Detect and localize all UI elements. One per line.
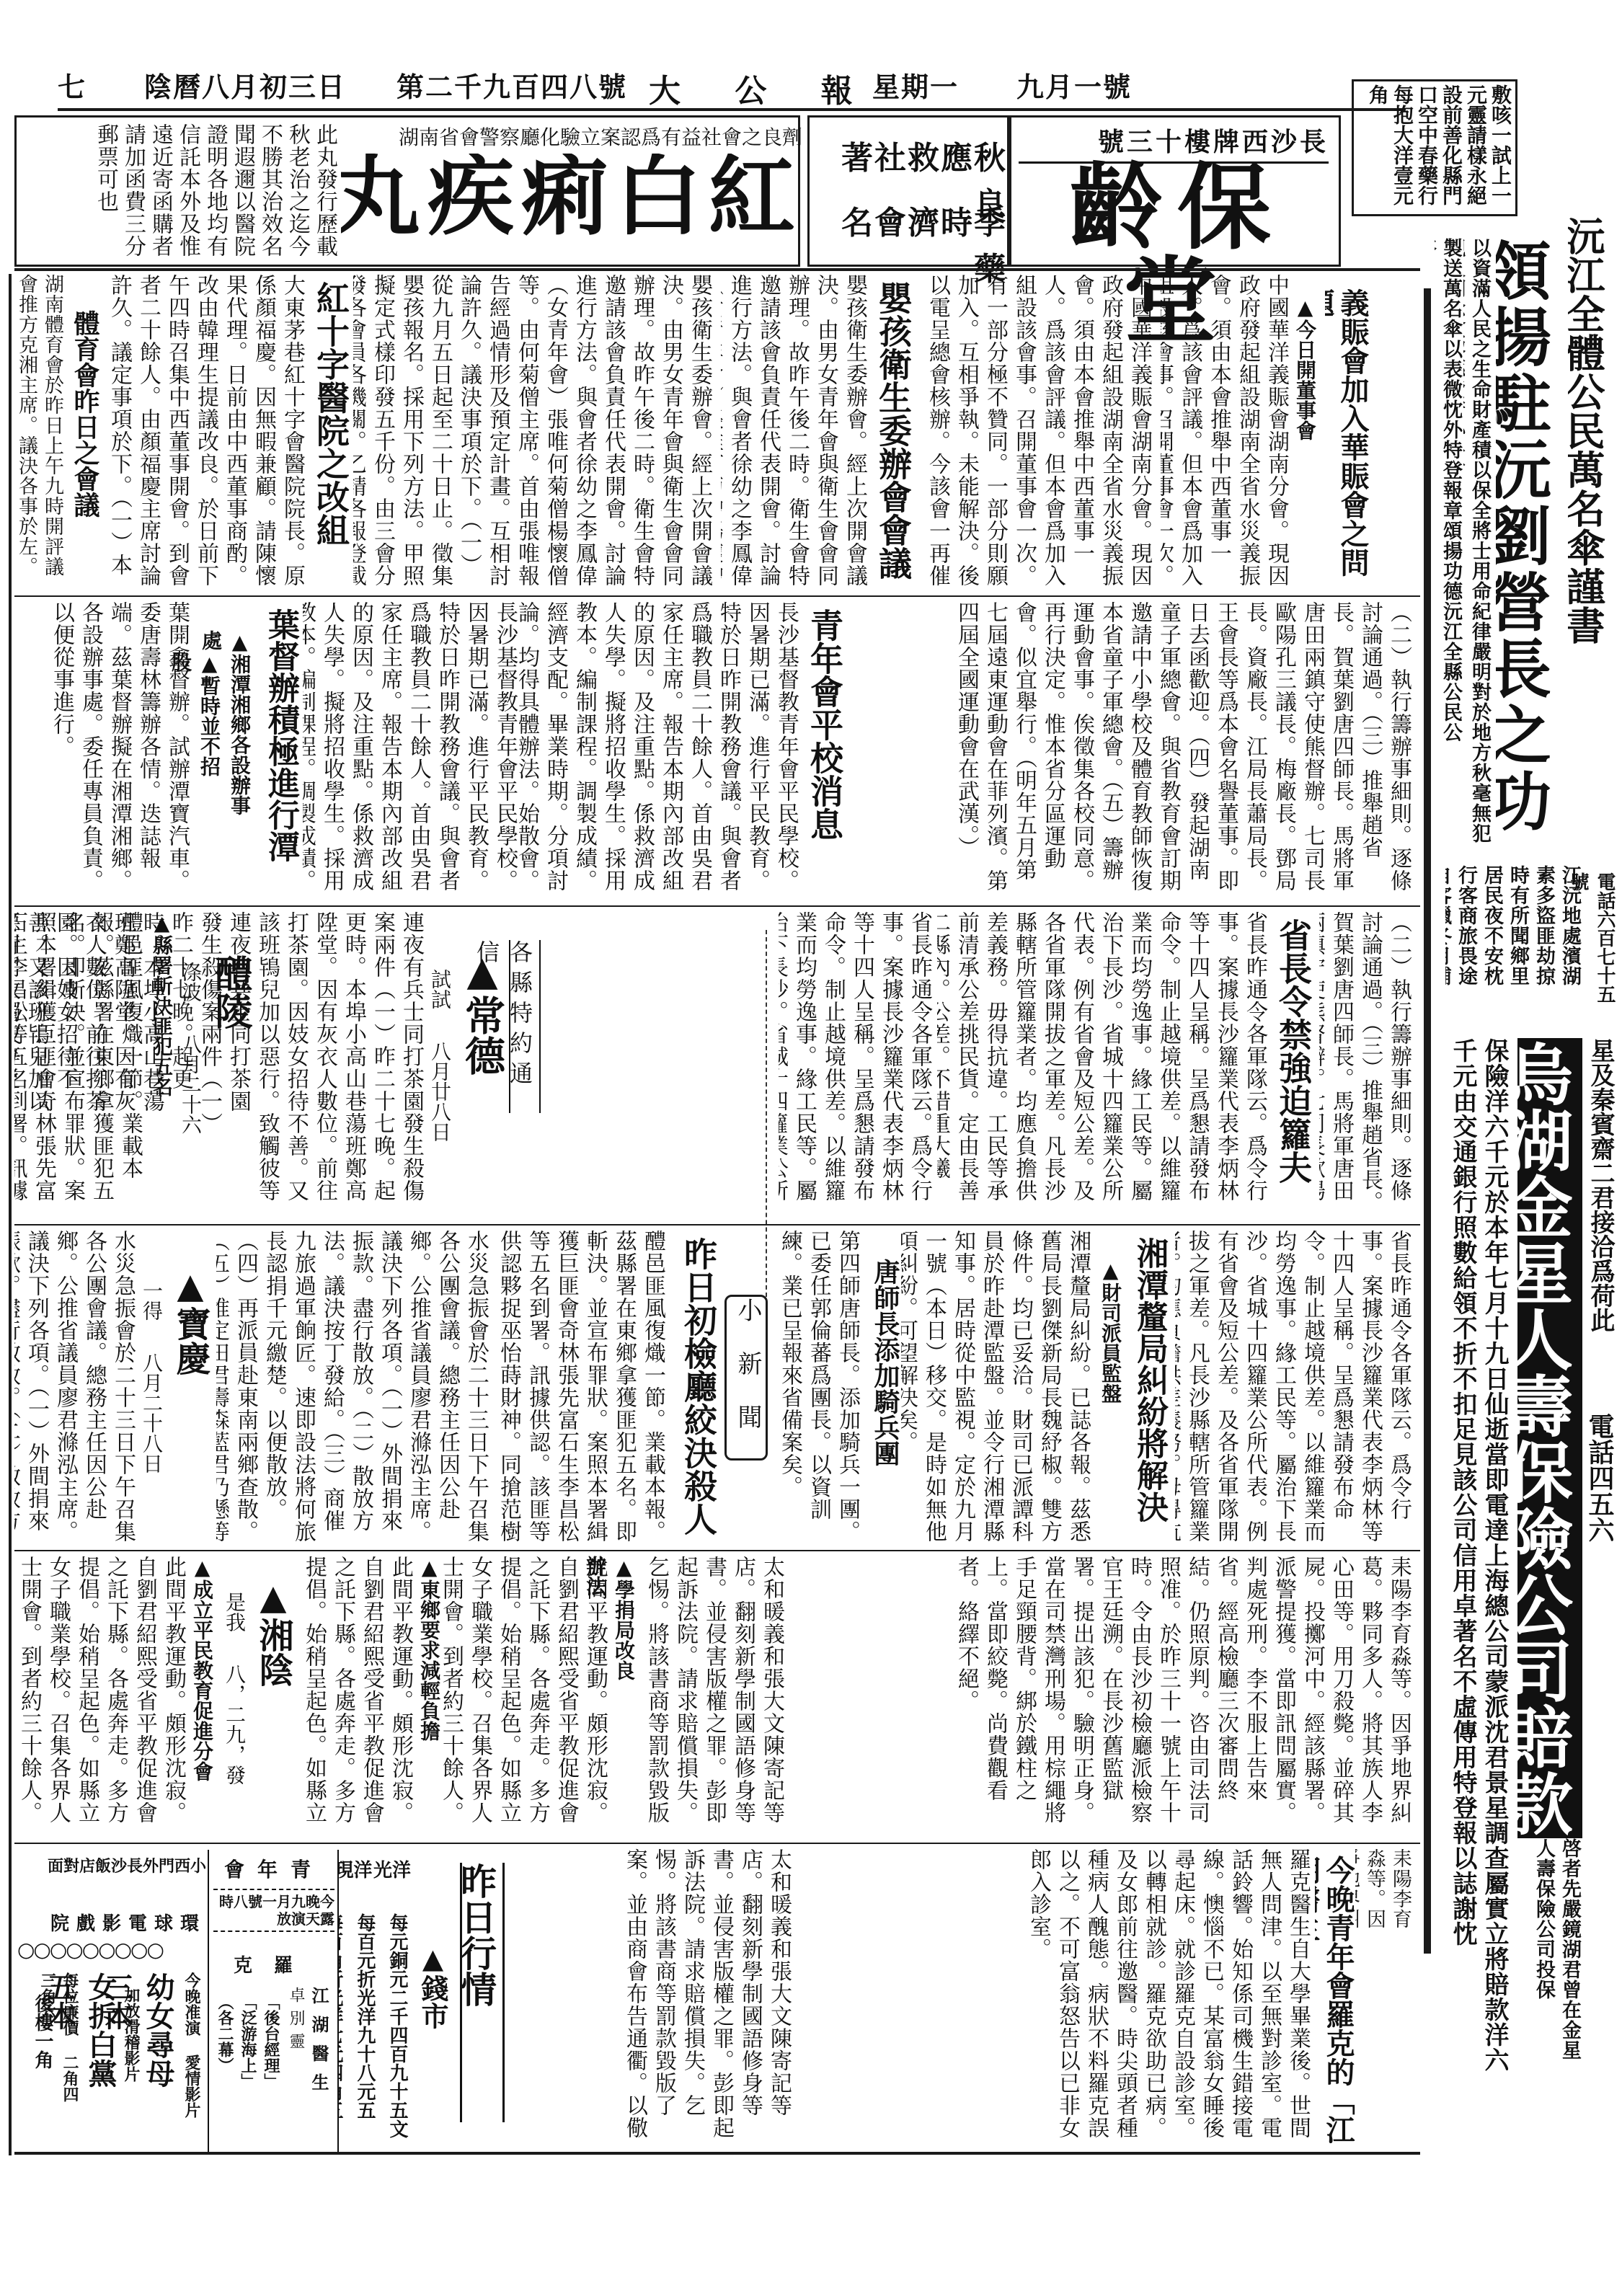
article-changde-place: ▲常德 [460, 947, 505, 1091]
article-sports-title: 體育會昨日之會議 [65, 310, 101, 562]
article-xiangyin-sub2: ▲東鄉要求減輕負擔 [415, 1556, 443, 1743]
article-xiangtan-sub: ▲財司派員監盤 [1096, 1259, 1125, 1417]
article-redcross-body: 大東茅巷紅十字會醫院院長。原係顏福慶。因無暇兼顧。請陳懷果代理。日前由中西董事商… [105, 274, 306, 591]
ad-tribute-side-title: 沅江全體公民萬名傘謹書 [1568, 216, 1611, 865]
ad-insurance-title: 烏湖金星人壽保險公司賠款 [1517, 1038, 1582, 1838]
article-xiangyin-place: ▲湘陰 [251, 1577, 296, 1693]
ad-tribute-heading: 領揚駐沅劉營長之功德 [1496, 238, 1561, 865]
article-infant: 中國華洋義賑會湖南分會。現因政府發起組設湖南全省水災義振會。須由本會推舉中西董事… [721, 274, 1153, 591]
article-governor-body: 省長昨通令各軍隊云。爲令行事。案據長沙籮業代表李炳林等十四人呈稱。呈爲懇請發布命… [937, 911, 1269, 1221]
article-yedu: 長沙基督教青年會平民學校。因暑期已滿。進行平民教育。特於日昨開教務會議。與會者爲… [14, 601, 519, 897]
paper-name: 大 公 報 [649, 65, 874, 111]
article-youth-title: 青年會平校消息 [802, 608, 847, 890]
ad-ymca-sub2: 「後台經理」 [262, 1994, 283, 2138]
ad-cinema-circles: ○○○○○○○○○ [17, 1938, 206, 1962]
ad-cinema-price2: 後樓一角 [35, 1994, 56, 2095]
ad-cinema-price: 每位廉價 二角四 三角六 [60, 1972, 81, 2117]
ad-ymca-sub3: 「泛游海上」 [239, 1994, 260, 2138]
rule-row1-top [14, 268, 1420, 271]
ad-tribute-phone: 電話六百七十五號 [1590, 872, 1618, 1009]
article-xiangyin-body3: 此間平教運動。頗形沈寂。自劉君紹熙受省平教促進會之託下縣。各處奔走。多方提倡。始… [14, 1556, 187, 1844]
market-section: ▲錢市 [414, 1942, 447, 2072]
ad-cinema-film2: 加放滑稽影片 [123, 1987, 143, 2131]
article-liling-place: 醴陵 [208, 954, 252, 1063]
article-baoqing-date: 八月二十八日 [140, 1352, 166, 1497]
ad-qiuying: 秋應救社著良 季時濟會名藥 [807, 115, 1009, 267]
article-infant-body: 嬰孩衛生委辦會。經上次開會議決。由男女青年會與衛生會會同辦理。故昨午後二時。衛生… [721, 274, 869, 591]
article-yedu-title: 葉督辦積極進行潭寶汽車 [258, 608, 303, 890]
article-xiangyin-body: 此間平教運動。頗形沈寂。自劉君紹熙受省平教促進會之託下縣。各處奔走。多方提倡。始… [443, 1556, 609, 1844]
rule-row6-top [14, 1843, 1420, 1844]
article-relief-body: 中國華洋義賑會湖南分會。現因政府發起組設湖南全省水災義振會。須由本會推舉中西董事… [1161, 274, 1290, 591]
article-baoqing-body2: 水災急振會於二十三日下午召集各公團會議。總務主任因公赴鄉。公推省議員廖君滌泓主席… [14, 1230, 137, 1547]
masthead-rule [58, 108, 1406, 111]
article-xiangyin-body2: 此間平教運動。頗形沈寂。自劉君紹熙受省平教促進會之託下縣。各處奔走。多方提倡。始… [299, 1556, 415, 1844]
label-small-news: 小新聞 [724, 1295, 768, 1461]
article-relief: 義賑會加入華賑會之問題 ▲今日開董事會 中國華洋義賑會湖南分會。現因政府發起組設… [1161, 274, 1413, 591]
market-row: 每百元折光洋九十八元五 [350, 1913, 378, 2144]
article-relief-continued: 中國華洋義賑會湖南分會。現因政府發起組設湖南全省水災義振會。須由本會推舉中西董事… [923, 274, 1153, 591]
article-conference-body: （二）執行籌辦事細則。逐條討論通過。（三）推舉趙省長。賀葉劉唐四師長。馬將軍唐田… [937, 601, 1413, 897]
ad-ymca-sub4: （各二幕） [216, 1994, 236, 2102]
article-execution: 耒陽李育淼等。因爭地界糾葛。夥同多人。將其族人李心田等。用刀殺斃。並碎其屍。投擲… [793, 1556, 1413, 1844]
ad-ymca-panel: 青年會 今晚九月一號八時露天演放 羅克 江湖醫生 卓別靈 「後台經理」 「泛游海… [209, 1850, 339, 2153]
ad-ymca-time: 今晚九月一號八時露天演放 [213, 1889, 334, 1932]
ad-tribute-body-text: 江沅地處濱湖素多盜匪劫掠時有所聞鄉里居民夜不安枕行客商旅畏途自客臘冬月補充團第二… [1445, 865, 1582, 1002]
article-yedu-sub2: ▲暫時並不招股 [195, 652, 223, 796]
article-jianghu-title: 今晚青年會羅克的「江湖醫生」 [1315, 1856, 1355, 2144]
ad-insurance-phone: 電話四五六 [1590, 1413, 1618, 1557]
article-xiangtan-title: 湘潭釐局糾紛將解決矣 [1127, 1237, 1171, 1540]
article-xiangyin-date: 八，二九，發 [223, 1664, 249, 1808]
rule-left-edge [9, 274, 12, 2155]
lunar-date: 陰曆八月初三日 [144, 65, 346, 105]
rule-bottom [14, 2152, 1420, 2155]
section-county-correspondence: 各縣特約通信 [509, 940, 541, 1113]
article-youth: 青年會平校消息 長沙基督教青年會平民學校。因暑期已滿。進行平民教育。特於日昨開教… [519, 601, 934, 897]
right-column-rule [1424, 288, 1431, 1954]
article-jianghu-body: 羅克醫生自大學畢業後。世間無人問津。以至無對診室。電話鈴響。始知係司機生錯接電線… [793, 1848, 1312, 2151]
rule-row2-top [14, 595, 1420, 597]
ad-ymca-film: 江湖醫生 [310, 1987, 332, 2145]
ad-insurance: 星及秦賓齋二君接洽爲荷此啟 烏湖金星人壽保險公司賠款 保險洋六千元於本年七月十九… [1435, 1038, 1618, 2134]
ad-hongbai-top-line: 湖南省會警察廳化驗立案認爲有益社會之良劑 [348, 122, 802, 151]
article-changde-date: 八月廿八日 [428, 1041, 454, 1156]
article-liling-sub: ▲縣署斬決匪犯五名 [147, 911, 176, 1221]
article-baoqing-place: ▲寶慶 [168, 1266, 213, 1396]
ad-hongbai-title: 紅白痢疾丸 [341, 154, 802, 240]
article-relief-sub: ▲今日開董事會 [1290, 296, 1319, 512]
article-yedu-sub1: ▲湘潭湘鄉各設辦事處 [225, 630, 254, 832]
article-xiangtan: 省長昨通令各軍隊云。爲令行事。案據長沙籮業代表李炳林等十四人呈稱。呈爲懇請發布命… [901, 1230, 1413, 1547]
rule-row3-top [14, 905, 1420, 907]
article-execution-title-col: 昨日初檢廳絞決殺人兇犯 [670, 1230, 721, 1547]
ad-baoling: 長沙西牌樓十三號 保齡堂 [1009, 115, 1341, 267]
rule-row5-top [14, 1550, 1420, 1551]
ad-tribute: 沅江全體公民萬名傘謹書 領揚駐沅劉營長之功德 以資滿人民之生命財產積以保全將士用… [1417, 216, 1611, 865]
article-changde-author: 試試 [428, 969, 454, 1027]
ad-tribute-signature: 製送萬名傘以表微忱外特登報章頌揚功德沅江全縣公民公啓 [1435, 238, 1463, 743]
ad-ymca-sub1: 卓別靈 [287, 1987, 307, 2095]
article-xiangyin: 太和暖義和張大文陳寄記等店。翻刻新學制國語修身等書。並侵害版權之罪。彭即起訴法院… [14, 1556, 786, 1844]
article-governor-continued: 省長昨通令各軍隊云。爲令行事。案據長沙籮業代表李炳林等十四人呈稱。呈爲懇請發布命… [779, 911, 934, 1221]
article-tangshi-body: 第四師唐師長。添加騎兵一團。已委任郭倫蕃爲團長。以資訓練。業已呈報來省備案矣。 [779, 1230, 861, 1547]
article-governor-body2: 省長昨通令各軍隊云。爲令行事。案據長沙籮業代表李炳林等十四人呈稱。呈爲懇請發布命… [779, 911, 934, 1221]
article-liling: 醴陵 涤波 八月二十六 ▲縣署斬決匪犯五名 醴邑匪風復熾一節。業載本報。茲縣署在… [14, 911, 252, 1221]
page-number: 七 [58, 65, 87, 105]
article-market-left: 太和暖義和張大文陳寄記等店。翻刻新學制國語修身等書。並侵害版權之罪。彭即起訴法院… [519, 1848, 793, 2151]
weekday: 星期一 [872, 65, 959, 105]
article-youth-body: 長沙基督教青年會平民學校。因暑期已滿。進行平民教育。特於日昨開教務會議。與會者爲… [519, 601, 800, 897]
ad-ymca-heading: 青年會 [209, 1854, 339, 1883]
issue-number: 第二千九百四八號 [396, 65, 627, 105]
article-governor-title: 省長令禁強迫籮夫供差 [1271, 918, 1316, 1214]
article-baoqing-body: 水災急振會於二十三日下午召集各公團會議。總務主任因公赴鄉。公推省議員廖君滌泓主席… [216, 1230, 490, 1547]
article-sports-body: 湖南體育會於昨日上午九時開評議會推方克湘主席。議決各事於左。（一）開董事部選舉。… [14, 274, 65, 591]
article-xiangyin-sub1: ▲成立平民教育促進分會 [187, 1556, 216, 1844]
ad-ymca-film-label: 羅克 [209, 1951, 339, 1977]
ad-cinema-theater: 環球電影戲院 [17, 1909, 206, 1936]
article-xiaoxinwen: 小新聞 [721, 1230, 779, 1547]
ad-corner: 敷咳一試上一元靈請樣永絕設前善化縣門口空中春藥行每抱大洋壹元角 [1352, 79, 1517, 216]
market-header: 現洋 [334, 1856, 372, 1906]
article-baoqing: 醴邑匪風復熾一節。業載本報。茲縣署在東鄉拿獲匪犯五名。即斬決。並宣布罪狀。案照本… [14, 1230, 667, 1547]
article-infant-title: 嬰孩衛生委辦會會議紀 [871, 281, 916, 584]
rule-row4-top [14, 1224, 1420, 1225]
market-header: 光洋 [373, 1856, 411, 1906]
ad-hongbai-side-text: 此丸發行歷載秋老治之迄今不勝其治效名聞遐邇以醫院證明各地均有信託本外及惟遠近寄函… [21, 123, 338, 260]
article-execution-body: 耒陽李育淼等。因爭地界糾葛。夥同多人。將其族人李心田等。用刀殺斃。並碎其屍。投擲… [793, 1556, 1413, 1844]
ad-insurance-side: 星及秦賓齋二君接洽爲荷此啟 [1590, 1038, 1618, 1355]
ad-tribute-body: 電話六百七十五號 江沅地處濱湖素多盜匪劫掠時有所聞鄉里居民夜不安枕行客商旅畏途自… [1435, 865, 1618, 1009]
article-xiangyin-author: 是我 [223, 1592, 249, 1649]
article-xiangyin-sub3: ▲學捐局改良辦法 [609, 1556, 638, 1700]
article-bottom-left-body2: 太和暖義和張大文陳寄記等店。翻刻新學制國語修身等書。並侵害版權之罪。彭即起訴法院… [627, 1848, 793, 2151]
market-title: 昨日行情 [460, 1863, 505, 2122]
ad-hongbai: 此丸發行歷載秋老治之迄今不勝其治效名聞遐邇以醫院證明各地均有信託本外及惟遠近寄函… [14, 115, 800, 267]
ad-insurance-signoff: 啓者先嚴鏡湖君曾在金星人壽保險公司投保 [1517, 1838, 1582, 2076]
issue-date: 九月一號 [1016, 65, 1132, 105]
article-jianghu: 耒陽李育淼等。因爭地界糾葛。夥同多人。將其族人李心田等。用刀殺斃。並碎其屍。投擲… [793, 1848, 1413, 2151]
article-bottom-left-body: 太和暖義和張大文陳寄記等店。翻刻新學制國語修身等書。並侵害版權之罪。彭即起訴法院… [642, 1556, 786, 1844]
article-redcross-title: 紅十字醫院之改組 [309, 281, 353, 584]
article-changde-body: 連夜有兵士同打茶園發生殺傷案兩件（一）昨二十七晚。起更時。本埠小高山巷蕩班鄭高陞… [252, 911, 425, 1221]
ad-tribute-intro: 以資滿人民之生命財產積以保全將士用命紀律嚴明對於地方秋毫無犯現又惆念貧黎縣費苦心… [1463, 238, 1492, 851]
ad-cinema-film1: 幼女尋母 三本 [146, 1972, 179, 2145]
article-governor-lead: （二）執行籌辦事細則。逐條討論通過。（三）推舉趙省長。賀葉劉唐四師長。馬將軍唐田… [1319, 911, 1413, 1221]
ad-cinema-tonight: 今晚准演 愛情影片 [182, 1972, 203, 2145]
article-redcross: 嬰孩衛生委辦會。經上次開會議決。由男女青年會與衛生會會同辦理。故昨午後二時。衛生… [14, 274, 714, 591]
ad-cinema-panel: 小西門外長沙飯店對面 環球電影戲院 ○○○○○○○○○ 今晚准演 愛情影片 幼女… [14, 1850, 209, 2153]
article-tangshi-title: 唐師長添加騎兵團 [865, 1259, 901, 1533]
article-conference: （二）執行籌辦事細則。逐條討論通過。（三）推舉趙省長。賀葉劉唐四師長。馬將軍唐田… [937, 601, 1413, 897]
ad-cinema-heading: 小西門外長沙飯店對面 [17, 1854, 206, 1876]
article-relief-title: 義賑會加入華賑會之問題 [1325, 288, 1370, 591]
article-governor: （二）執行籌辦事細則。逐條討論通過。（三）推舉趙省長。賀葉劉唐四師長。馬將軍唐田… [937, 911, 1413, 1221]
ad-insurance-body: 保險洋六千元於本年七月十九日仙逝當即電達上海總公司蒙派沈君景星調查屬實立將賠款洋… [1438, 1038, 1510, 2076]
article-execution-end: 耒陽李育淼等。因爭地界糾葛。夥同多人。將其族人李心田等。用刀殺斃。並碎其屍。投擲… [1355, 1848, 1413, 1935]
market-row: 每元銅元二千四百九十五文 [382, 1913, 411, 2144]
article-baoqing-author: 一得 [140, 1280, 166, 1338]
article-execution-title: 昨日初檢廳絞決殺人兇犯 [676, 1237, 721, 1540]
article-youth-continued: 長沙基督教青年會平民學校。因暑期已滿。進行平民教育。特於日昨開教務會議。與會者爲… [303, 601, 519, 897]
article-liling-body: 醴邑匪風復熾一節。業載本報。茲縣署在東鄉拿獲匪犯五名。即斬決。並宣布罪狀。案照本… [494, 1230, 667, 1547]
article-infant-continued: 嬰孩衛生委辦會。經上次開會議決。由男女青年會與衛生會會同辦理。故昨午後二時。衛生… [353, 274, 714, 591]
article-liling-date: 八月二十六 [179, 1034, 205, 1156]
ad-cinema-film3: 女拆白黨 五本 [88, 1972, 121, 2145]
article-liling-body-start: 醴邑匪風復熾一節。業載本報。茲縣署在東鄉拿獲匪犯五名。即斬決。並宣布罪狀。案照本… [14, 911, 144, 1221]
article-yedu-body: 葉開鑫督辦。試辦潭寶汽車。委唐壽林籌辦各情。迭誌報端。茲葉督辦擬在湘潭湘鄉。各設… [14, 601, 191, 897]
article-liling-author: 涤波 [179, 962, 205, 1019]
article-tangshi: 唐師長添加騎兵團 第四師唐師長。添加騎兵一團。已委任郭倫蕃爲團長。以資訓練。業已… [779, 1230, 901, 1547]
article-xiangtan-lead: 省長昨通令各軍隊云。爲令行事。案據長沙籮業代表李炳林等十四人呈稱。呈爲懇請發布命… [1175, 1230, 1413, 1547]
article-xiangtan-body: 湘潭釐局糾紛。已誌各報。茲悉舊局長劉傑新局長魏紓椒。雙方條件。均已妥洽。財司已派… [901, 1230, 1092, 1547]
